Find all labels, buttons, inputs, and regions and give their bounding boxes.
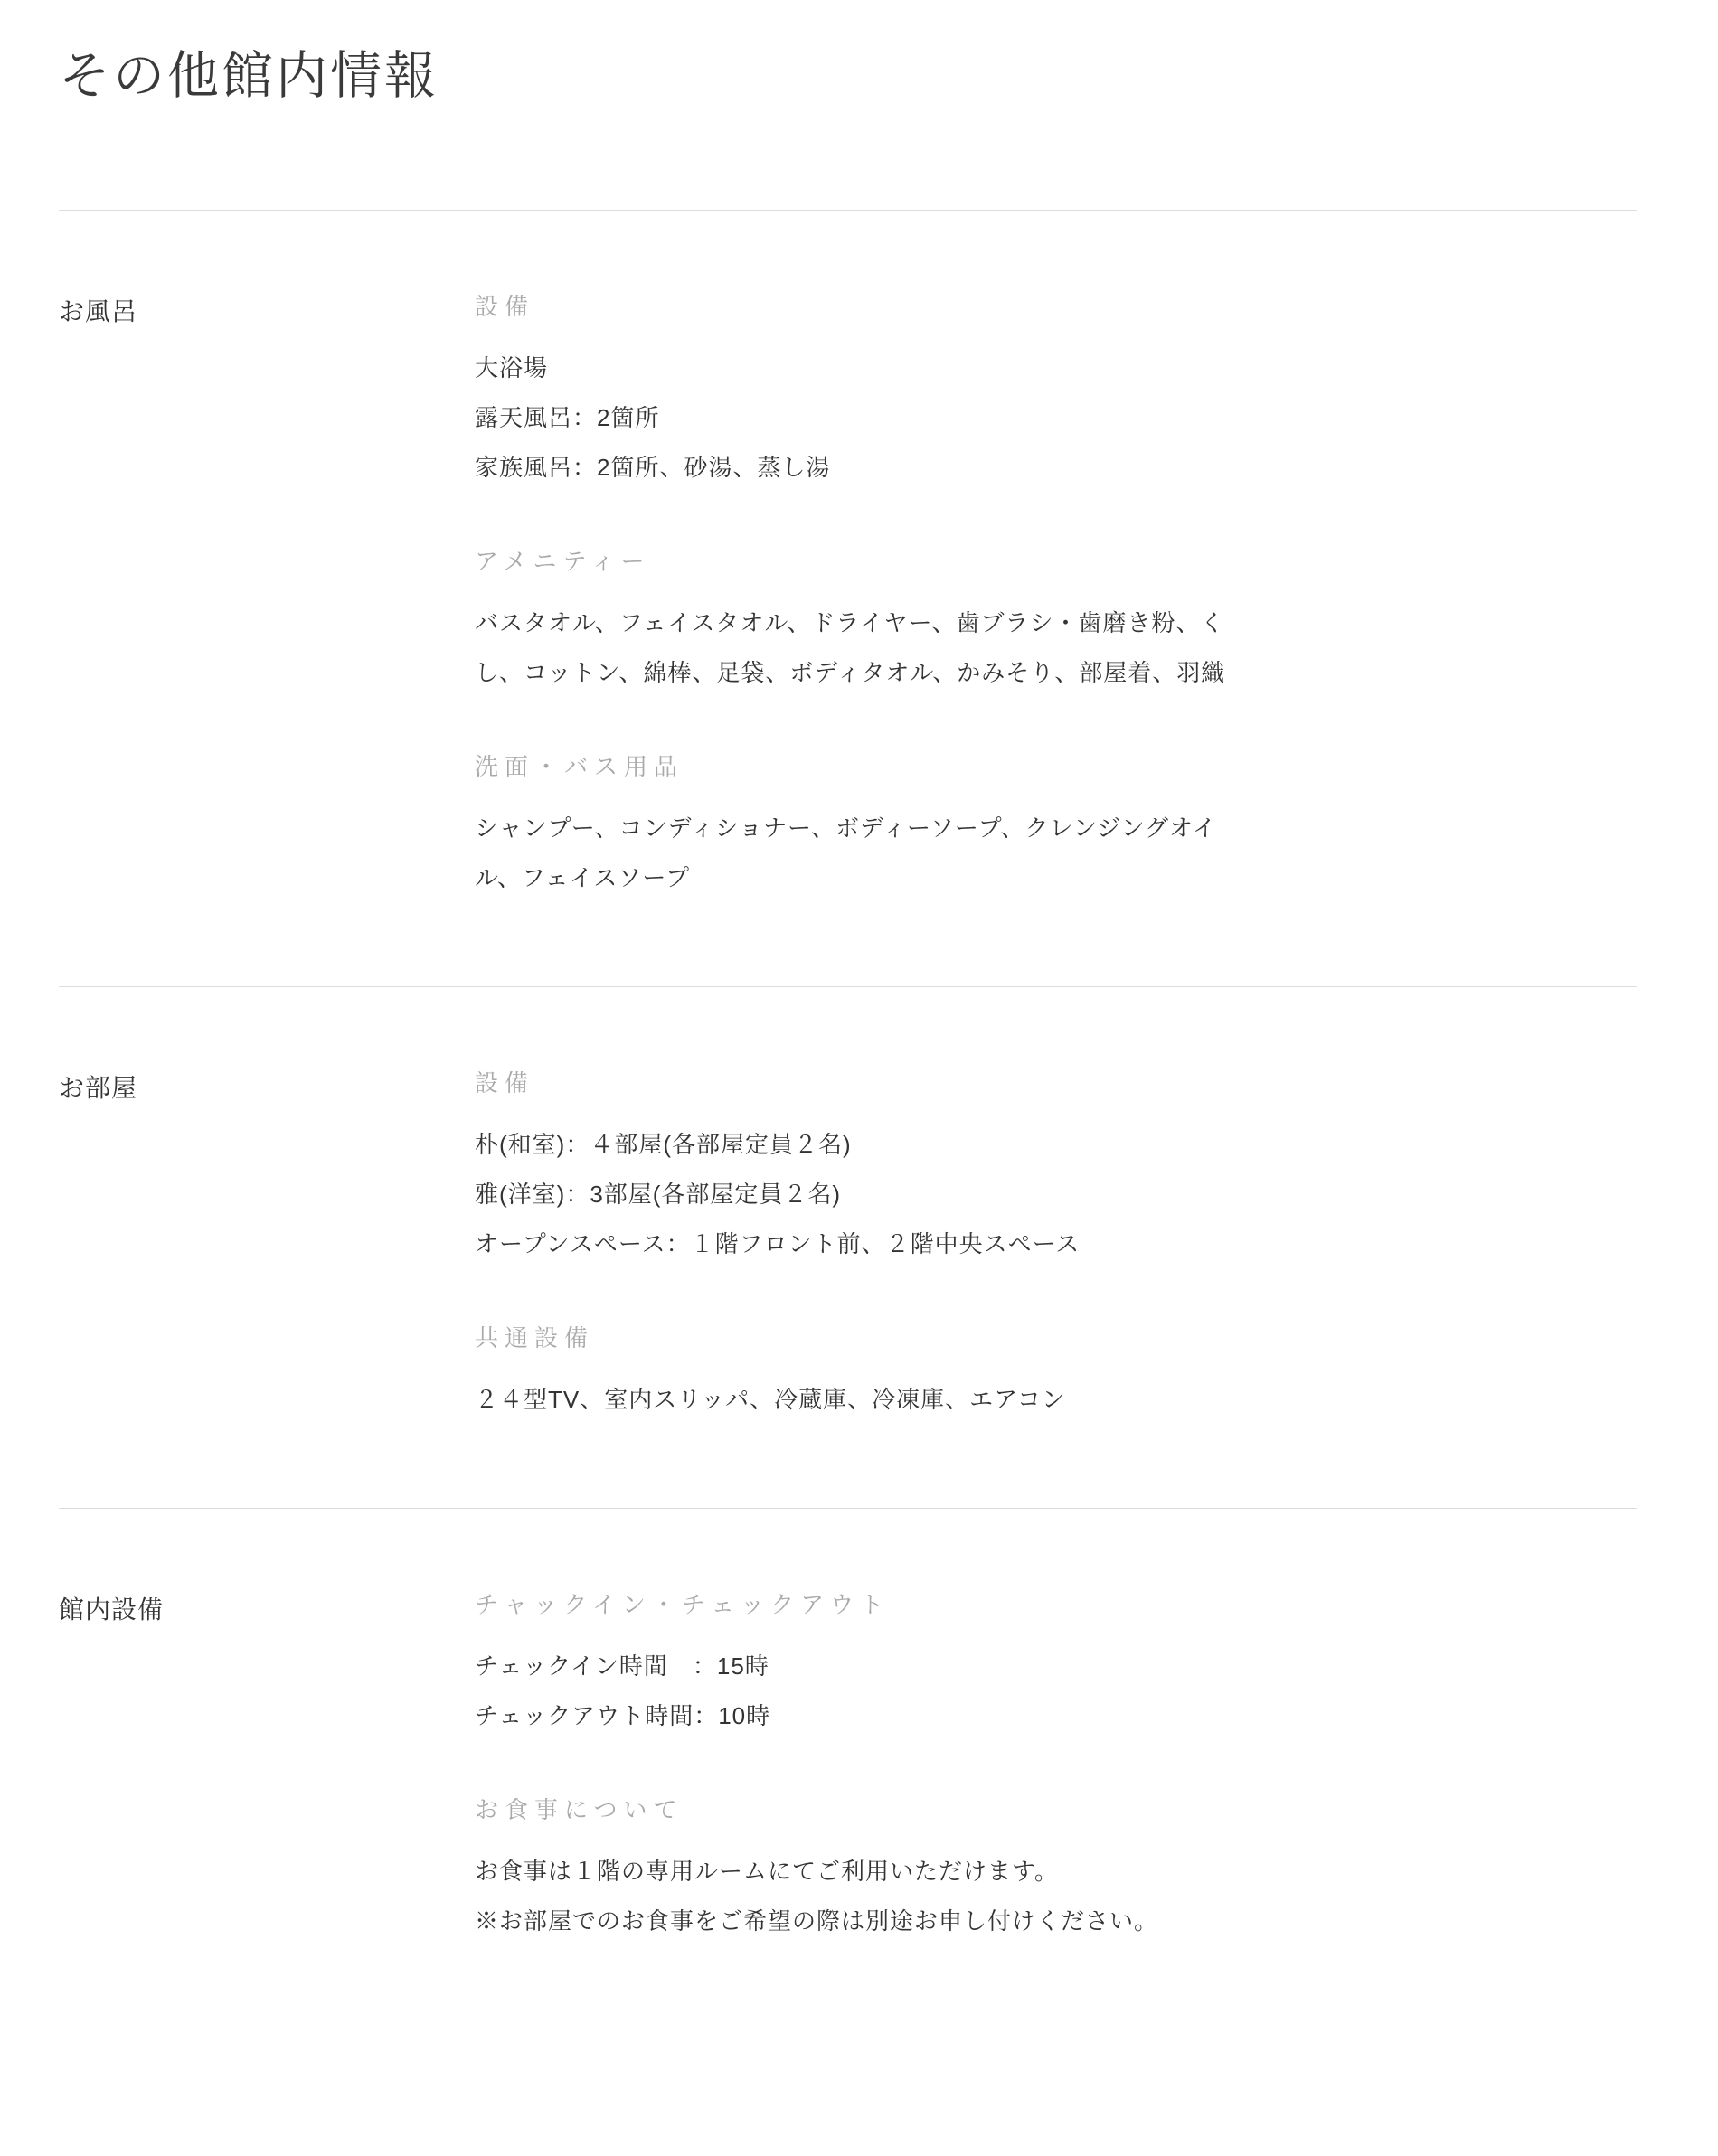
section-bath: お風呂 設備 大浴場 露天風呂：2箇所 家族風呂：2箇所、砂湯、蒸し湯 アメニテ… [59, 210, 1637, 986]
facility-info-page: その他館内情報 お風呂 設備 大浴場 露天風呂：2箇所 家族風呂：2箇所、砂湯、… [0, 0, 1718, 2156]
text-line: ２４型TV、室内スリッパ、冷蔵庫、冷凍庫、エアコン [475, 1375, 1080, 1425]
text-line: シャンプー、コンディショナー、ボディーソープ、クレンジングオイル、フェイスソープ [475, 804, 1241, 903]
group-heading: チャックイン・チェックアウト [475, 1586, 1158, 1620]
group-meals: お食事について お食事は１階の専用ルームにてご利用いただけます。 ※お部屋でのお… [475, 1792, 1158, 1946]
text-line: 大浴場 [475, 344, 1241, 393]
group-bath-facilities: 設備 大浴場 露天風呂：2箇所 家族風呂：2箇所、砂湯、蒸し湯 [475, 288, 1241, 493]
group-room-facilities: 設備 朴(和室)：４部屋(各部屋定員２名) 雅(洋室)：3部屋(各部屋定員２名)… [475, 1065, 1080, 1269]
section-label-building-facilities: 館内設備 [59, 1586, 475, 1946]
group-heading: 設備 [475, 1065, 1080, 1098]
text-line: チェックイン時間 ：15時 [475, 1642, 1158, 1691]
text-line: 朴(和室)：４部屋(各部屋定員２名) [475, 1120, 1080, 1170]
section-content-bath: 設備 大浴場 露天風呂：2箇所 家族風呂：2箇所、砂湯、蒸し湯 アメニティー バ… [475, 288, 1241, 903]
text-line: 家族風呂：2箇所、砂湯、蒸し湯 [475, 443, 1241, 493]
text-line: チェックアウト時間：10時 [475, 1691, 1158, 1741]
section-label-bath: お風呂 [59, 288, 475, 903]
text-line: ※お部屋でのお食事をご希望の際は別途お申し付けください。 [475, 1897, 1158, 1946]
group-heading: 共通設備 [475, 1320, 1080, 1353]
group-heading: 洗面・バス用品 [475, 748, 1241, 782]
group-heading: お食事について [475, 1792, 1158, 1825]
group-heading: アメニティー [475, 543, 1241, 577]
text-line: お食事は１階の専用ルームにてご利用いただけます。 [475, 1847, 1158, 1897]
section-building-facilities: 館内設備 チャックイン・チェックアウト チェックイン時間 ：15時 チェックアウ… [59, 1508, 1637, 2029]
group-room-common-facilities: 共通設備 ２４型TV、室内スリッパ、冷蔵庫、冷凍庫、エアコン [475, 1320, 1080, 1425]
text-line: 露天風呂：2箇所 [475, 393, 1241, 443]
page-title: その他館内情報 [59, 34, 1637, 108]
group-bath-amenities: アメニティー バスタオル、フェイスタオル、ドライヤー、歯ブラシ・歯磨き粉、くし、… [475, 543, 1241, 698]
text-line: 雅(洋室)：3部屋(各部屋定員２名) [475, 1170, 1080, 1219]
text-line: オープンスペース：１階フロント前、２階中央スペース [475, 1219, 1080, 1269]
section-label-rooms: お部屋 [59, 1065, 475, 1425]
section-content-rooms: 設備 朴(和室)：４部屋(各部屋定員２名) 雅(洋室)：3部屋(各部屋定員２名)… [475, 1065, 1080, 1425]
group-heading: 設備 [475, 288, 1241, 322]
group-checkin-checkout: チャックイン・チェックアウト チェックイン時間 ：15時 チェックアウト時間：1… [475, 1586, 1158, 1741]
text-line: バスタオル、フェイスタオル、ドライヤー、歯ブラシ・歯磨き粉、くし、コットン、綿棒… [475, 598, 1241, 698]
section-content-building-facilities: チャックイン・チェックアウト チェックイン時間 ：15時 チェックアウト時間：1… [475, 1586, 1158, 1946]
section-rooms: お部屋 設備 朴(和室)：４部屋(各部屋定員２名) 雅(洋室)：3部屋(各部屋定… [59, 986, 1637, 1508]
group-bath-washroom-supplies: 洗面・バス用品 シャンプー、コンディショナー、ボディーソープ、クレンジングオイル… [475, 748, 1241, 903]
